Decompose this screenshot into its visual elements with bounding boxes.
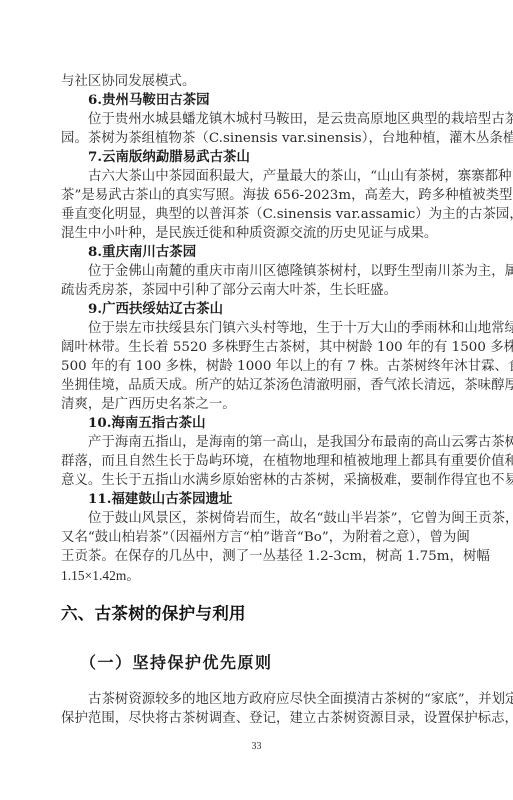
site-text-line: 阔叶林带。生长着 5520 多株野生古茶树，其中树龄 100 年的有 1500 … bbox=[61, 338, 454, 357]
site-text-line: 园。茶树为茶组植物茶（C.sinensis var.sinensis），台地种植… bbox=[61, 129, 454, 148]
section-text-line: 保护范围，尽快将古茶树调查、登记，建立古茶树资源目录，设置保护标志， bbox=[61, 709, 454, 728]
site-text-line: 1.15×1.42m。 bbox=[61, 566, 454, 585]
site-text-line: 位于鼓山风景区，茶树倚岩而生，故名“鼓山半岩茶”，它曾为闽王贡茶， bbox=[61, 509, 454, 528]
site-text-line: 王贡茶。在保存的几丛中，测了一丛基径 1.2-3cm，树高 1.75m，树幅 bbox=[61, 547, 454, 566]
site-text-line: 群落，而且自然生长于岛屿环境，在植物地理和植被地理上都具有重要价值和 bbox=[61, 452, 454, 471]
site-heading-hainan-wuzhi: 10.海南五指古茶山 bbox=[61, 414, 454, 433]
site-text-line: 清爽，是广西历史名茶之一。 bbox=[61, 395, 454, 414]
section-heading: （一）坚持保护优先原则 bbox=[80, 652, 273, 674]
site-heading-chongqing-nanchuan: 8.重庆南川古茶园 bbox=[61, 243, 454, 262]
site-heading-guizhou-maantian: 6.贵州马鞍田古茶园 bbox=[61, 91, 454, 110]
site-text-line: 古六大茶山中茶园面积最大，产量最大的茶山，“山山有茶树，寨寨都种 bbox=[61, 167, 454, 186]
site-text-line: 位于金佛山南麓的重庆市南川区德隆镇茶树村，以野生型南川茶为主，属 bbox=[61, 262, 454, 281]
site-text-line: 产于海南五指山，是海南的第一高山，是我国分布最南的高山云雾古茶树 bbox=[61, 433, 454, 452]
site-text-line: 疏齿秃房茶，茶园中引种了部分云南大叶茶，生长旺盛。 bbox=[61, 281, 454, 300]
paragraph-continuation: 与社区协同发展模式。 bbox=[61, 72, 454, 91]
site-text-line: 500 年的有 100 多株，树龄 1000 年以上的有 7 株。古茶树终年沐甘… bbox=[61, 357, 454, 376]
site-heading-guangxi-guliao: 9.广西扶绥姑辽古茶山 bbox=[61, 300, 454, 319]
site-heading-fujian-gushan: 11.福建鼓山古茶园遗址 bbox=[61, 490, 454, 509]
site-text-line: 坐拥佳境，品质天成。所产的姑辽茶汤色清澈明丽，香气浓长清远，茶味醇厚 bbox=[61, 376, 454, 395]
section-text-line: 古茶树资源较多的地区地方政府应尽快全面摸清古茶树的“家底”，并划定 bbox=[61, 690, 454, 709]
section-body-block: 古茶树资源较多的地区地方政府应尽快全面摸清古茶树的“家底”，并划定 保护范围，尽… bbox=[61, 690, 454, 728]
site-text-line: 意义。生长于五指山水满乡原始密林的古茶树，采摘极难，要制作得宜也不易。 bbox=[61, 471, 454, 490]
site-text-line: 位于崇左市扶绥县东门镇六头村等地，生于十万大山的季雨林和山地常绿 bbox=[61, 319, 454, 338]
chapter-heading: 六、古茶树的保护与利用 bbox=[61, 603, 246, 625]
site-text-line: 茶”是易武古茶山的真实写照。海拔 656-2023m，高差大，跨多种植被类型， bbox=[61, 186, 454, 205]
site-text-line: 又名“鼓山柏岩茶”（因福州方言“柏”谐音“Bo”，为附着之意），曾为闽 bbox=[61, 528, 454, 547]
document-page: 与社区协同发展模式。 6.贵州马鞍田古茶园 位于贵州水城县蟠龙镇木城村马鞍田，是… bbox=[0, 0, 513, 800]
site-text-line: 位于贵州水城县蟠龙镇木城村马鞍田，是云贵高原地区典型的栽培型古茶 bbox=[61, 110, 454, 129]
site-heading-yunnan-yiwu: 7.云南版纳勐腊易武古茶山 bbox=[61, 148, 454, 167]
body-text-block: 与社区协同发展模式。 6.贵州马鞍田古茶园 位于贵州水城县蟠龙镇木城村马鞍田，是… bbox=[61, 72, 454, 585]
site-text-line: 垂直变化明显，典型的以普洱茶（C.sinensis var.assamic）为主… bbox=[61, 205, 454, 224]
page-number: 33 bbox=[0, 741, 513, 752]
site-text-line: 混生中小叶种，是民族迁徙和种质资源交流的历史见证与成果。 bbox=[61, 224, 454, 243]
